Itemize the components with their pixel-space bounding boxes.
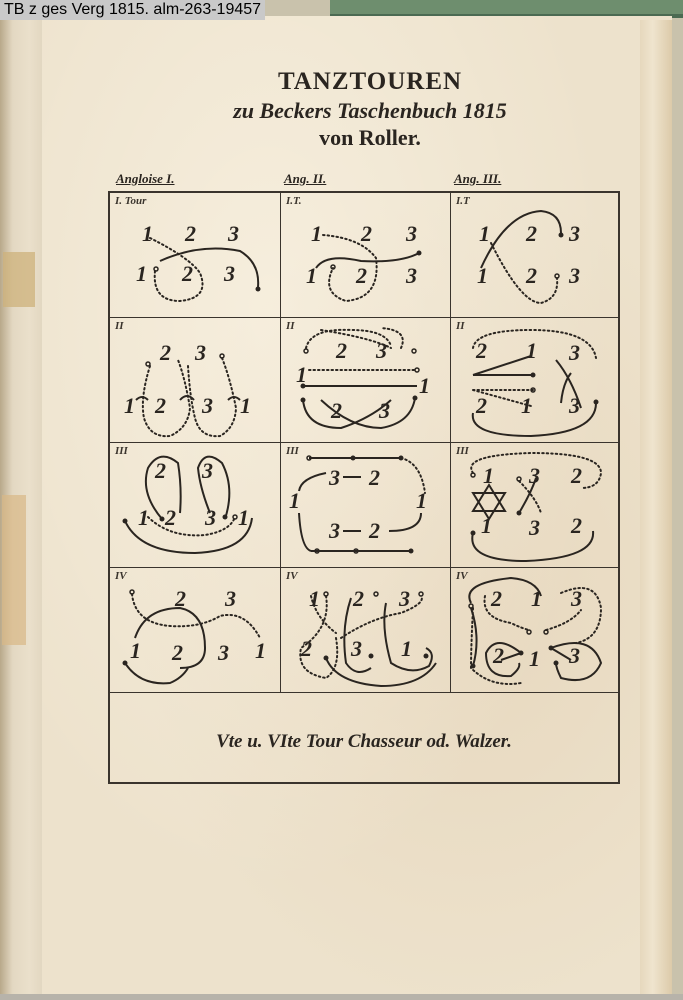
spine-stain [3, 252, 35, 307]
title-block: TANZTOUREN zu Beckers Taschenbuch 1815 v… [160, 68, 580, 150]
svg-text:2: 2 [355, 263, 367, 288]
svg-text:2: 2 [368, 465, 380, 490]
svg-text:1: 1 [296, 362, 307, 387]
dance-figure-diagram: 123 123 [451, 193, 618, 318]
svg-text:3: 3 [568, 263, 580, 288]
svg-text:1: 1 [142, 221, 153, 246]
svg-text:3: 3 [405, 221, 417, 246]
figure-cell: III 32 11 32 [281, 443, 451, 568]
svg-text:3: 3 [350, 636, 362, 661]
figure-cell: IV 213 213 [451, 568, 618, 693]
image-caption: TB z ges Verg 1815. alm-263-19457 [0, 0, 265, 20]
svg-text:1: 1 [401, 636, 412, 661]
svg-text:3: 3 [568, 643, 580, 668]
page-title: TANZTOUREN [160, 68, 580, 96]
svg-text:2: 2 [330, 398, 342, 423]
footer-cell: Vte u. VIte Tour Chasseur od. Walzer. [110, 693, 618, 782]
svg-text:2: 2 [352, 586, 364, 611]
svg-text:2: 2 [492, 643, 504, 668]
figure-cell: II 213 213 [451, 318, 618, 443]
svg-text:3: 3 [568, 221, 580, 246]
svg-text:2: 2 [171, 640, 183, 665]
dance-figures-table: I. Tour 123 123 I.T. 123 123 I.T 123 123 [108, 191, 620, 784]
dance-figure-diagram: 23 1231 [110, 568, 281, 693]
svg-text:1: 1 [529, 646, 540, 671]
dance-figure-diagram: 32 11 32 [281, 443, 451, 568]
svg-text:1: 1 [531, 586, 542, 611]
spine-stain [2, 495, 26, 645]
figure-cell: IV 123 231 [281, 568, 451, 693]
dance-figure-diagram: 23 11 23 [281, 318, 451, 443]
svg-text:3: 3 [528, 515, 540, 540]
dance-figure-diagram: 123 123 [110, 193, 281, 318]
dance-figure-diagram: 123 231 [281, 568, 451, 693]
svg-text:2: 2 [368, 518, 380, 543]
svg-text:3: 3 [227, 221, 239, 246]
column-header-angloise-2: Ang. II. [284, 171, 326, 187]
svg-text:3: 3 [217, 640, 229, 665]
svg-text:2: 2 [335, 338, 347, 363]
dance-figure-diagram: 213 213 [451, 568, 618, 693]
svg-text:3: 3 [328, 465, 340, 490]
svg-text:1: 1 [255, 638, 266, 663]
svg-text:1: 1 [136, 261, 147, 286]
page-right-edge [640, 20, 672, 994]
svg-text:3: 3 [201, 393, 213, 418]
svg-text:1: 1 [419, 373, 430, 398]
svg-text:1: 1 [289, 488, 300, 513]
svg-text:2: 2 [525, 221, 537, 246]
svg-text:2: 2 [360, 221, 372, 246]
figure-cell: III 23 1231 [110, 443, 281, 568]
svg-text:2: 2 [475, 393, 487, 418]
author-line: von Roller. [160, 126, 580, 150]
column-header-angloise-3: Ang. III. [454, 171, 501, 187]
svg-text:1: 1 [130, 638, 141, 663]
svg-text:1: 1 [311, 221, 322, 246]
page-subtitle: zu Beckers Taschenbuch 1815 [160, 96, 580, 126]
bottom-edge [0, 994, 683, 1000]
svg-text:1: 1 [479, 221, 490, 246]
svg-text:3: 3 [568, 340, 580, 365]
dance-figure-diagram: 23 1231 [110, 443, 281, 568]
svg-text:1: 1 [124, 393, 135, 418]
footer-text: Vte u. VIte Tour Chasseur od. Walzer. [110, 731, 618, 753]
svg-text:3: 3 [375, 338, 387, 363]
svg-text:2: 2 [164, 505, 176, 530]
svg-text:2: 2 [570, 463, 582, 488]
svg-text:3: 3 [194, 340, 206, 365]
svg-text:2: 2 [181, 261, 193, 286]
figure-cell: I. Tour 123 123 [110, 193, 281, 318]
column-header-angloise-1: Angloise I. [116, 171, 175, 187]
svg-text:2: 2 [159, 340, 171, 365]
svg-text:1: 1 [306, 263, 317, 288]
figure-cell: III 132 132 [451, 443, 618, 568]
dance-figure-diagram: 132 132 [451, 443, 618, 568]
svg-text:3: 3 [223, 261, 235, 286]
figure-cell: II 23 11 23 [281, 318, 451, 443]
svg-text:2: 2 [490, 586, 502, 611]
svg-text:2: 2 [154, 393, 166, 418]
figure-cell: I.T. 123 123 [281, 193, 451, 318]
svg-text:3: 3 [204, 505, 216, 530]
svg-text:3: 3 [398, 586, 410, 611]
figure-cell: IV 23 1231 [110, 568, 281, 693]
svg-text:3: 3 [201, 458, 213, 483]
svg-text:2: 2 [475, 338, 487, 363]
svg-text:1: 1 [240, 393, 251, 418]
svg-text:1: 1 [416, 488, 427, 513]
column-headers: Angloise I. Ang. II. Ang. III. [108, 171, 620, 191]
svg-text:1: 1 [238, 505, 249, 530]
dance-figure-diagram: 23 1231 [110, 318, 281, 443]
figure-cell: I.T 123 123 [451, 193, 618, 318]
dance-figure-diagram: 213 213 [451, 318, 618, 443]
svg-text:2: 2 [154, 458, 166, 483]
svg-text:2: 2 [525, 263, 537, 288]
svg-text:3: 3 [568, 393, 580, 418]
svg-text:1: 1 [309, 586, 320, 611]
svg-text:2: 2 [184, 221, 196, 246]
svg-text:2: 2 [570, 513, 582, 538]
svg-text:3: 3 [224, 586, 236, 611]
dance-figure-diagram: 123 123 [281, 193, 451, 318]
svg-text:1: 1 [526, 338, 537, 363]
figure-cell: II 23 1231 [110, 318, 281, 443]
svg-text:3: 3 [405, 263, 417, 288]
svg-text:3: 3 [328, 518, 340, 543]
